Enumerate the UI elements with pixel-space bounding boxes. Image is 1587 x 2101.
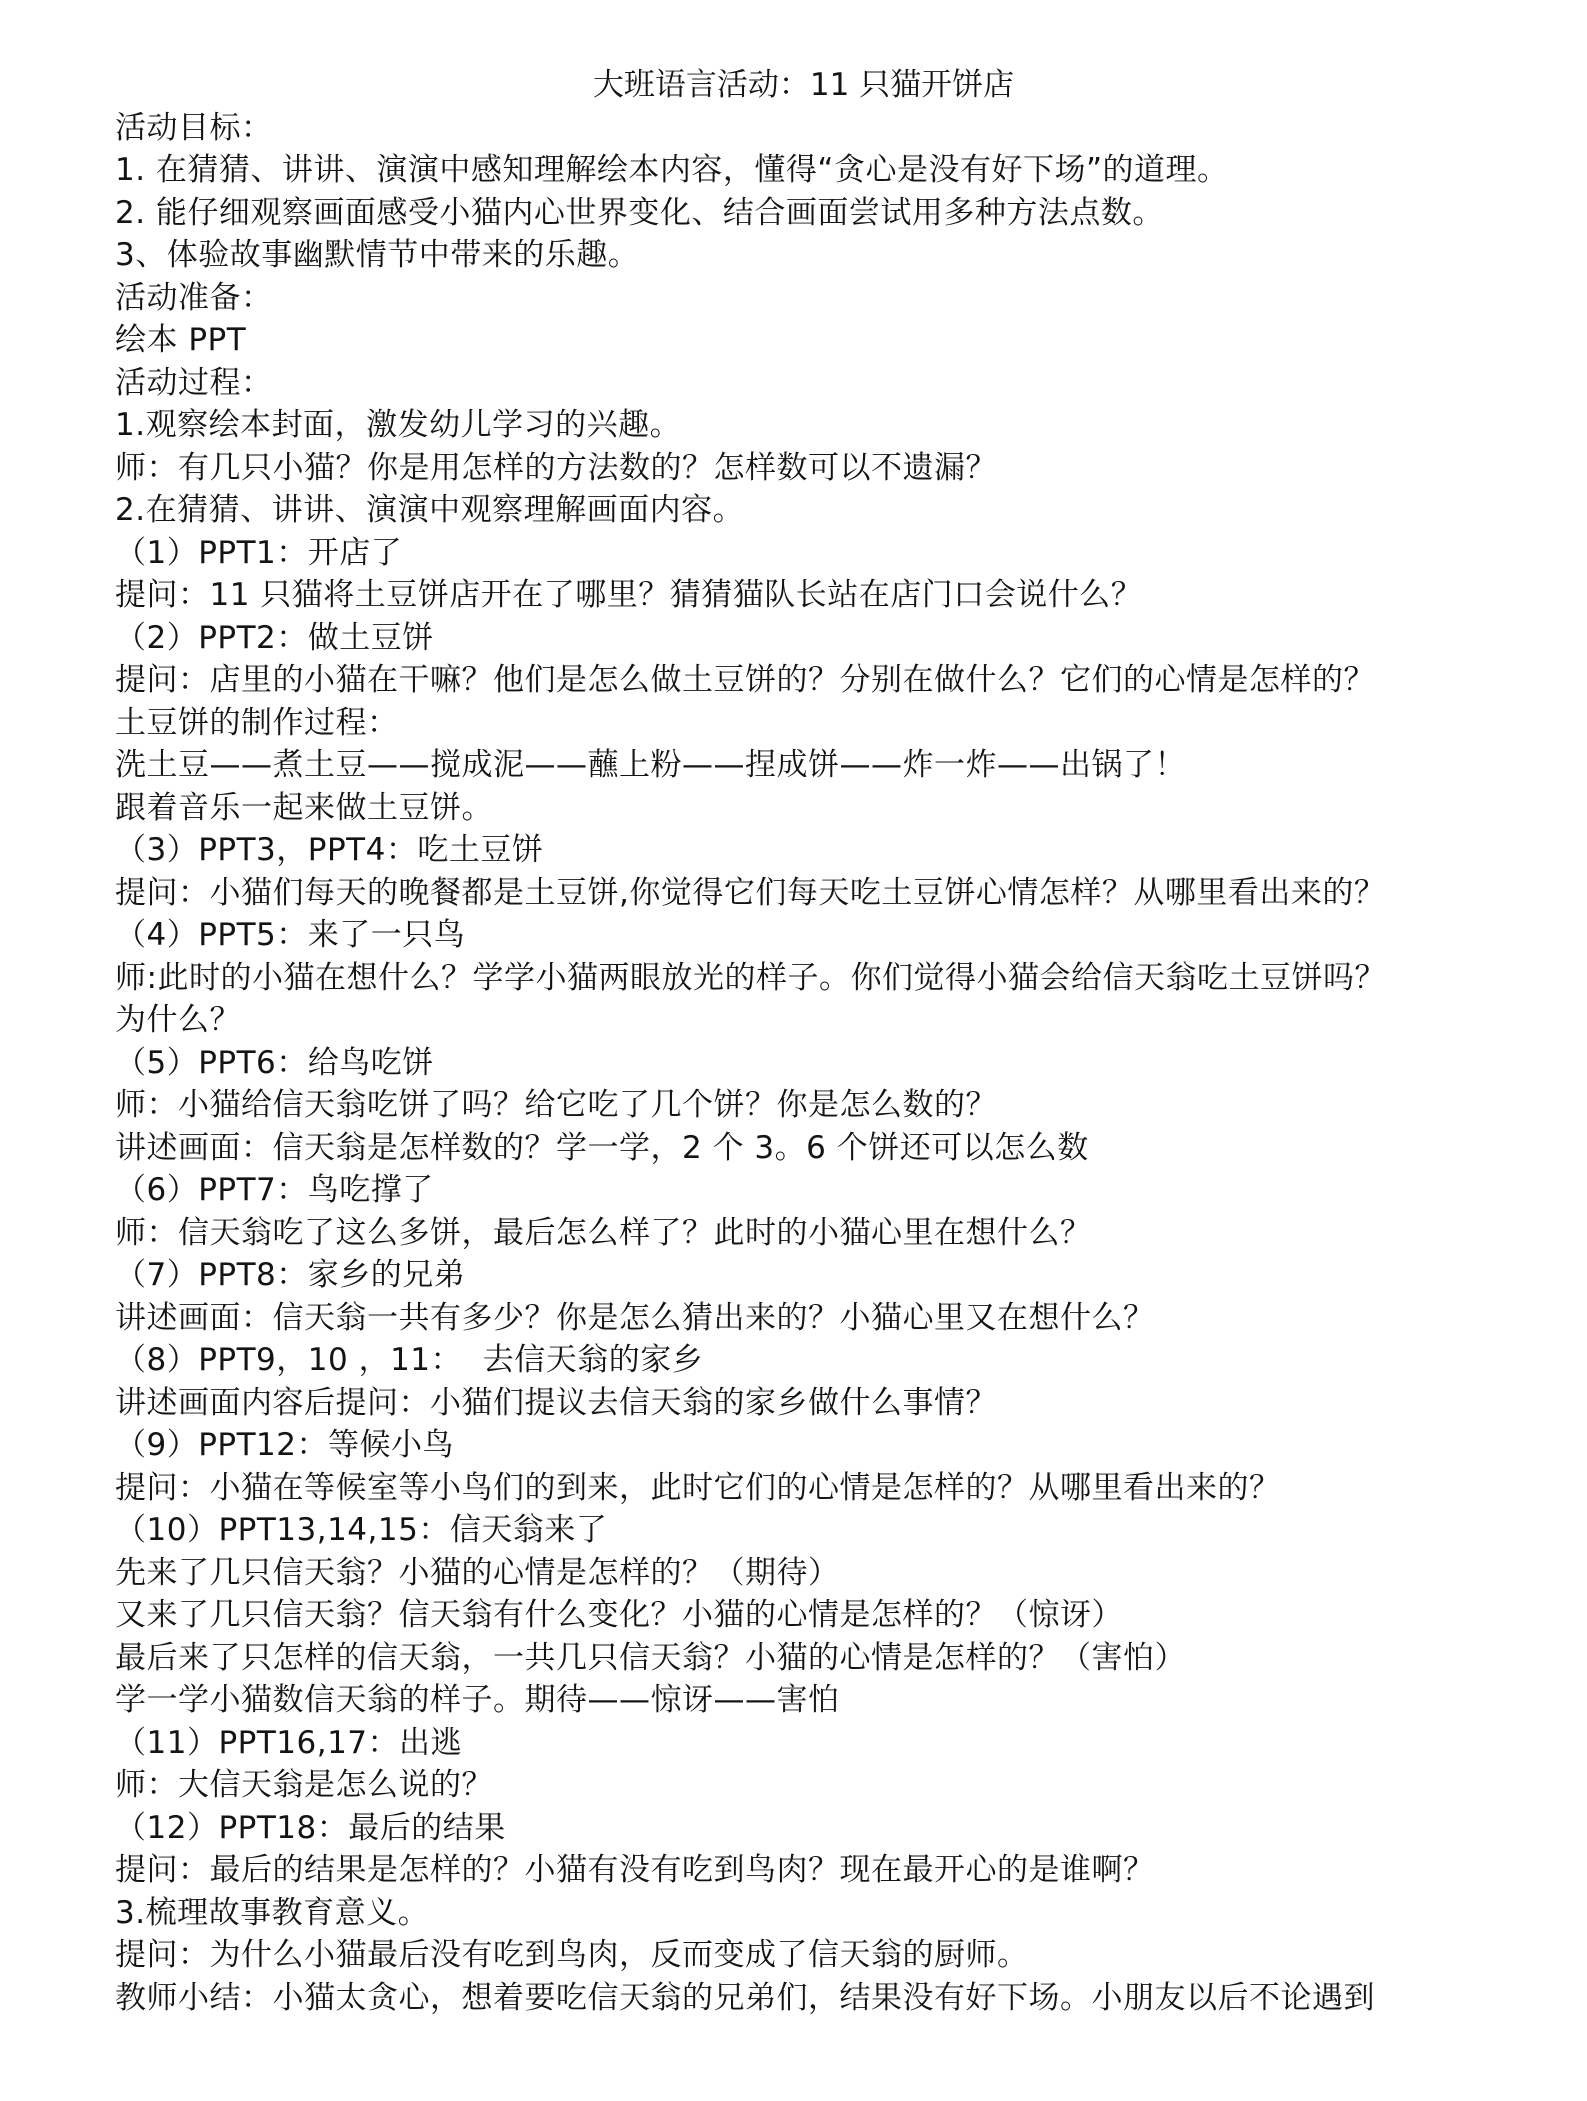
text-line: 提问：为什么小猫最后没有吃到鸟肉，反而变成了信天翁的厨师。 <box>115 1934 1492 1977</box>
text-line: 3、体验故事幽默情节中带来的乐趣。 <box>115 234 1492 277</box>
text-line: 最后来了只怎样的信天翁，一共几只信天翁？小猫的心情是怎样的？（害怕） <box>115 1637 1492 1680</box>
text-line: 又来了几只信天翁？信天翁有什么变化？小猫的心情是怎样的？（惊讶） <box>115 1594 1492 1637</box>
text-line: （7）PPT8：家乡的兄弟 <box>115 1254 1492 1297</box>
text-line: 提问：小猫们每天的晚餐都是土豆饼,你觉得它们每天吃土豆饼心情怎样？从哪里看出来的… <box>115 872 1492 915</box>
text-line: （2）PPT2：做土豆饼 <box>115 617 1492 660</box>
text-line: （9）PPT12：等候小鸟 <box>115 1424 1492 1467</box>
text-line: 讲述画面：信天翁一共有多少？你是怎么猜出来的？小猫心里又在想什么？ <box>115 1297 1492 1340</box>
text-line: 提问：最后的结果是怎样的？小猫有没有吃到鸟肉？现在最开心的是谁啊？ <box>115 1849 1492 1892</box>
text-line: 活动准备： <box>115 277 1492 320</box>
text-line: 师:此时的小猫在想什么？学学小猫两眼放光的样子。你们觉得小猫会给信天翁吃土豆饼吗… <box>115 957 1492 1000</box>
text-line: 提问：小猫在等候室等小鸟们的到来，此时它们的心情是怎样的？从哪里看出来的？ <box>115 1467 1492 1510</box>
text-line: 讲述画面内容后提问：小猫们提议去信天翁的家乡做什么事情？ <box>115 1382 1492 1425</box>
text-line: 讲述画面：信天翁是怎样数的？学一学，2 个 3。6 个饼还可以怎么数 <box>115 1127 1492 1170</box>
text-line: （3）PPT3，PPT4：吃土豆饼 <box>115 829 1492 872</box>
text-line: 提问：店里的小猫在干嘛？他们是怎么做土豆饼的？分别在做什么？它们的心情是怎样的？ <box>115 659 1492 702</box>
text-line: （1）PPT1：开店了 <box>115 532 1492 575</box>
text-line: 为什么？ <box>115 999 1492 1042</box>
text-line: （8）PPT9，10 ，11： 去信天翁的家乡 <box>115 1339 1492 1382</box>
text-line: 1.观察绘本封面，激发幼儿学习的兴趣。 <box>115 404 1492 447</box>
text-line: 2.在猜猜、讲讲、演演中观察理解画面内容。 <box>115 489 1492 532</box>
text-line: 师：有几只小猫？你是用怎样的方法数的？怎样数可以不遗漏？ <box>115 447 1492 490</box>
text-line: 土豆饼的制作过程： <box>115 702 1492 745</box>
text-line: （12）PPT18：最后的结果 <box>115 1807 1492 1850</box>
text-line: （11）PPT16,17：出逃 <box>115 1722 1492 1765</box>
text-line: （6）PPT7：鸟吃撑了 <box>115 1169 1492 1212</box>
text-line: 学一学小猫数信天翁的样子。期待——惊讶——害怕 <box>115 1679 1492 1722</box>
text-line: 师：小猫给信天翁吃饼了吗？给它吃了几个饼？你是怎么数的？ <box>115 1084 1492 1127</box>
text-line: 活动目标： <box>115 107 1492 150</box>
document-page: 大班语言活动：11 只猫开饼店 活动目标：1. 在猜猜、讲讲、演演中感知理解绘本… <box>0 0 1587 2101</box>
text-line: 师：信天翁吃了这么多饼，最后怎么样了？此时的小猫心里在想什么？ <box>115 1212 1492 1255</box>
text-line: 活动过程： <box>115 362 1492 405</box>
text-line: 3.梳理故事教育意义。 <box>115 1892 1492 1935</box>
document-title: 大班语言活动：11 只猫开饼店 <box>115 64 1492 107</box>
text-line: 绘本 PPT <box>115 319 1492 362</box>
document-body: 活动目标：1. 在猜猜、讲讲、演演中感知理解绘本内容，懂得“贪心是没有好下场”的… <box>115 107 1492 2020</box>
text-line: 跟着音乐一起来做土豆饼。 <box>115 787 1492 830</box>
text-line: （10）PPT13,14,15：信天翁来了 <box>115 1509 1492 1552</box>
text-line: 教师小结：小猫太贪心，想着要吃信天翁的兄弟们，结果没有好下场。小朋友以后不论遇到 <box>115 1977 1492 2020</box>
text-line: （4）PPT5：来了一只鸟 <box>115 914 1492 957</box>
text-line: 2. 能仔细观察画面感受小猫内心世界变化、结合画面尝试用多种方法点数。 <box>115 192 1492 235</box>
text-line: 1. 在猜猜、讲讲、演演中感知理解绘本内容，懂得“贪心是没有好下场”的道理。 <box>115 149 1492 192</box>
text-line: （5）PPT6：给鸟吃饼 <box>115 1042 1492 1085</box>
text-line: 先来了几只信天翁？小猫的心情是怎样的？（期待） <box>115 1552 1492 1595</box>
text-line: 洗土豆——煮土豆——搅成泥——蘸上粉——捏成饼——炸一炸——出锅了！ <box>115 744 1492 787</box>
text-line: 师：大信天翁是怎么说的？ <box>115 1764 1492 1807</box>
text-line: 提问：11 只猫将土豆饼店开在了哪里？猜猜猫队长站在店门口会说什么？ <box>115 574 1492 617</box>
